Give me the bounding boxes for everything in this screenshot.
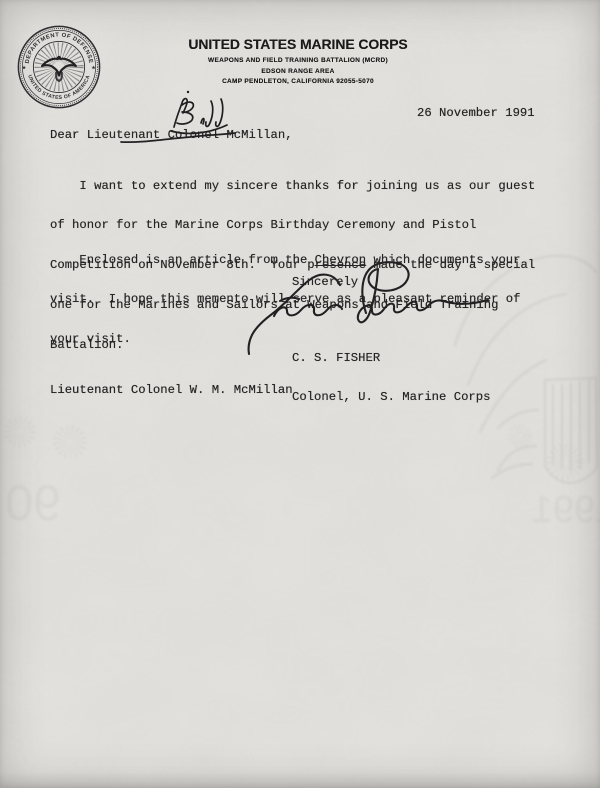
strikethrough-stroke [116, 126, 240, 152]
recipient-line: Lieutenant Colonel W. M. McMillan [50, 384, 293, 397]
scanned-letter-page: 90 1991 DEPARTMENT OF DEFENSE UNITED STA… [0, 0, 600, 788]
body-line: I want to extend my sincere thanks for j… [50, 180, 535, 193]
dod-eagle-seal-icon: DEPARTMENT OF DEFENSE UNITED STATES OF A… [17, 25, 101, 109]
watermark-digits-right: 1991 [532, 489, 600, 531]
typed-signer-title: Colonel, U. S. Marine Corps [292, 391, 490, 404]
watermark-digits-left: 90 [5, 475, 61, 531]
seal-star-left: ★ [22, 65, 27, 70]
scan-edge-shadow [0, 772, 600, 788]
signature-script [225, 258, 495, 363]
date-text: 26 November 1991 [417, 107, 535, 120]
